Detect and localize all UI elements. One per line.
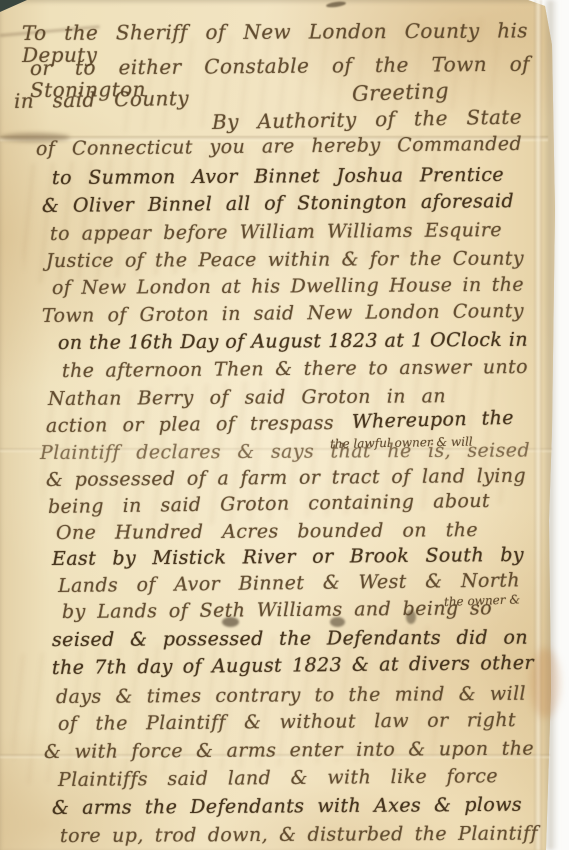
manuscript-line: seised & possessed the Defendants did on <box>52 628 528 651</box>
manuscript-line: of the Plaintiff & without law or right <box>58 710 516 735</box>
manuscript-line: Justice of the Peace within & for the Co… <box>46 248 524 271</box>
manuscript-line: & arms the Defendants with Axes & plows <box>52 795 522 819</box>
manuscript-line: By Authority of the State <box>212 106 522 133</box>
manuscript-line: Plaintiffs said land & with like force <box>58 766 498 791</box>
manuscript-line: Plaintiff declares & says that he is, se… <box>40 440 530 463</box>
manuscript-line: of New London at his Dwelling House in t… <box>52 275 524 299</box>
manuscript-line: on the 16th Day of August 1823 at 1 OClo… <box>58 330 528 354</box>
manuscript-line: East by Mistick River or Brook South by <box>52 545 524 570</box>
paper-edge-shadow <box>544 0 558 850</box>
manuscript-line: tore up, trod down, & disturbed the Plai… <box>60 823 538 846</box>
manuscript-line: in said County <box>14 87 189 112</box>
manuscript-line: days & times contrary to the mind & will <box>56 684 526 708</box>
manuscript-line: action or plea of trespass <box>46 413 334 437</box>
document-photo: To the Sheriff of New London County his … <box>0 0 569 850</box>
manuscript-line: to appear before William Williams Esquir… <box>50 220 502 245</box>
manuscript-line: One Hundred Acres bounded on the <box>56 520 478 544</box>
manuscript-line: by Lands of Seth Williams and being so <box>62 598 492 623</box>
manuscript-line: the afternoon Then & there to answer unt… <box>62 357 528 382</box>
manuscript-line: Whereupon the <box>352 408 514 433</box>
manuscript-line: to Summon Avor Binnet Joshua Prentice <box>52 165 504 189</box>
manuscript-line: & with force & arms enter into & upon th… <box>44 739 534 763</box>
manuscript-line: & possessed of a farm or tract of land l… <box>46 466 526 491</box>
greeting-word: Greeting <box>352 79 473 106</box>
manuscript-line: Nathan Berry of said Groton in an <box>48 386 446 410</box>
